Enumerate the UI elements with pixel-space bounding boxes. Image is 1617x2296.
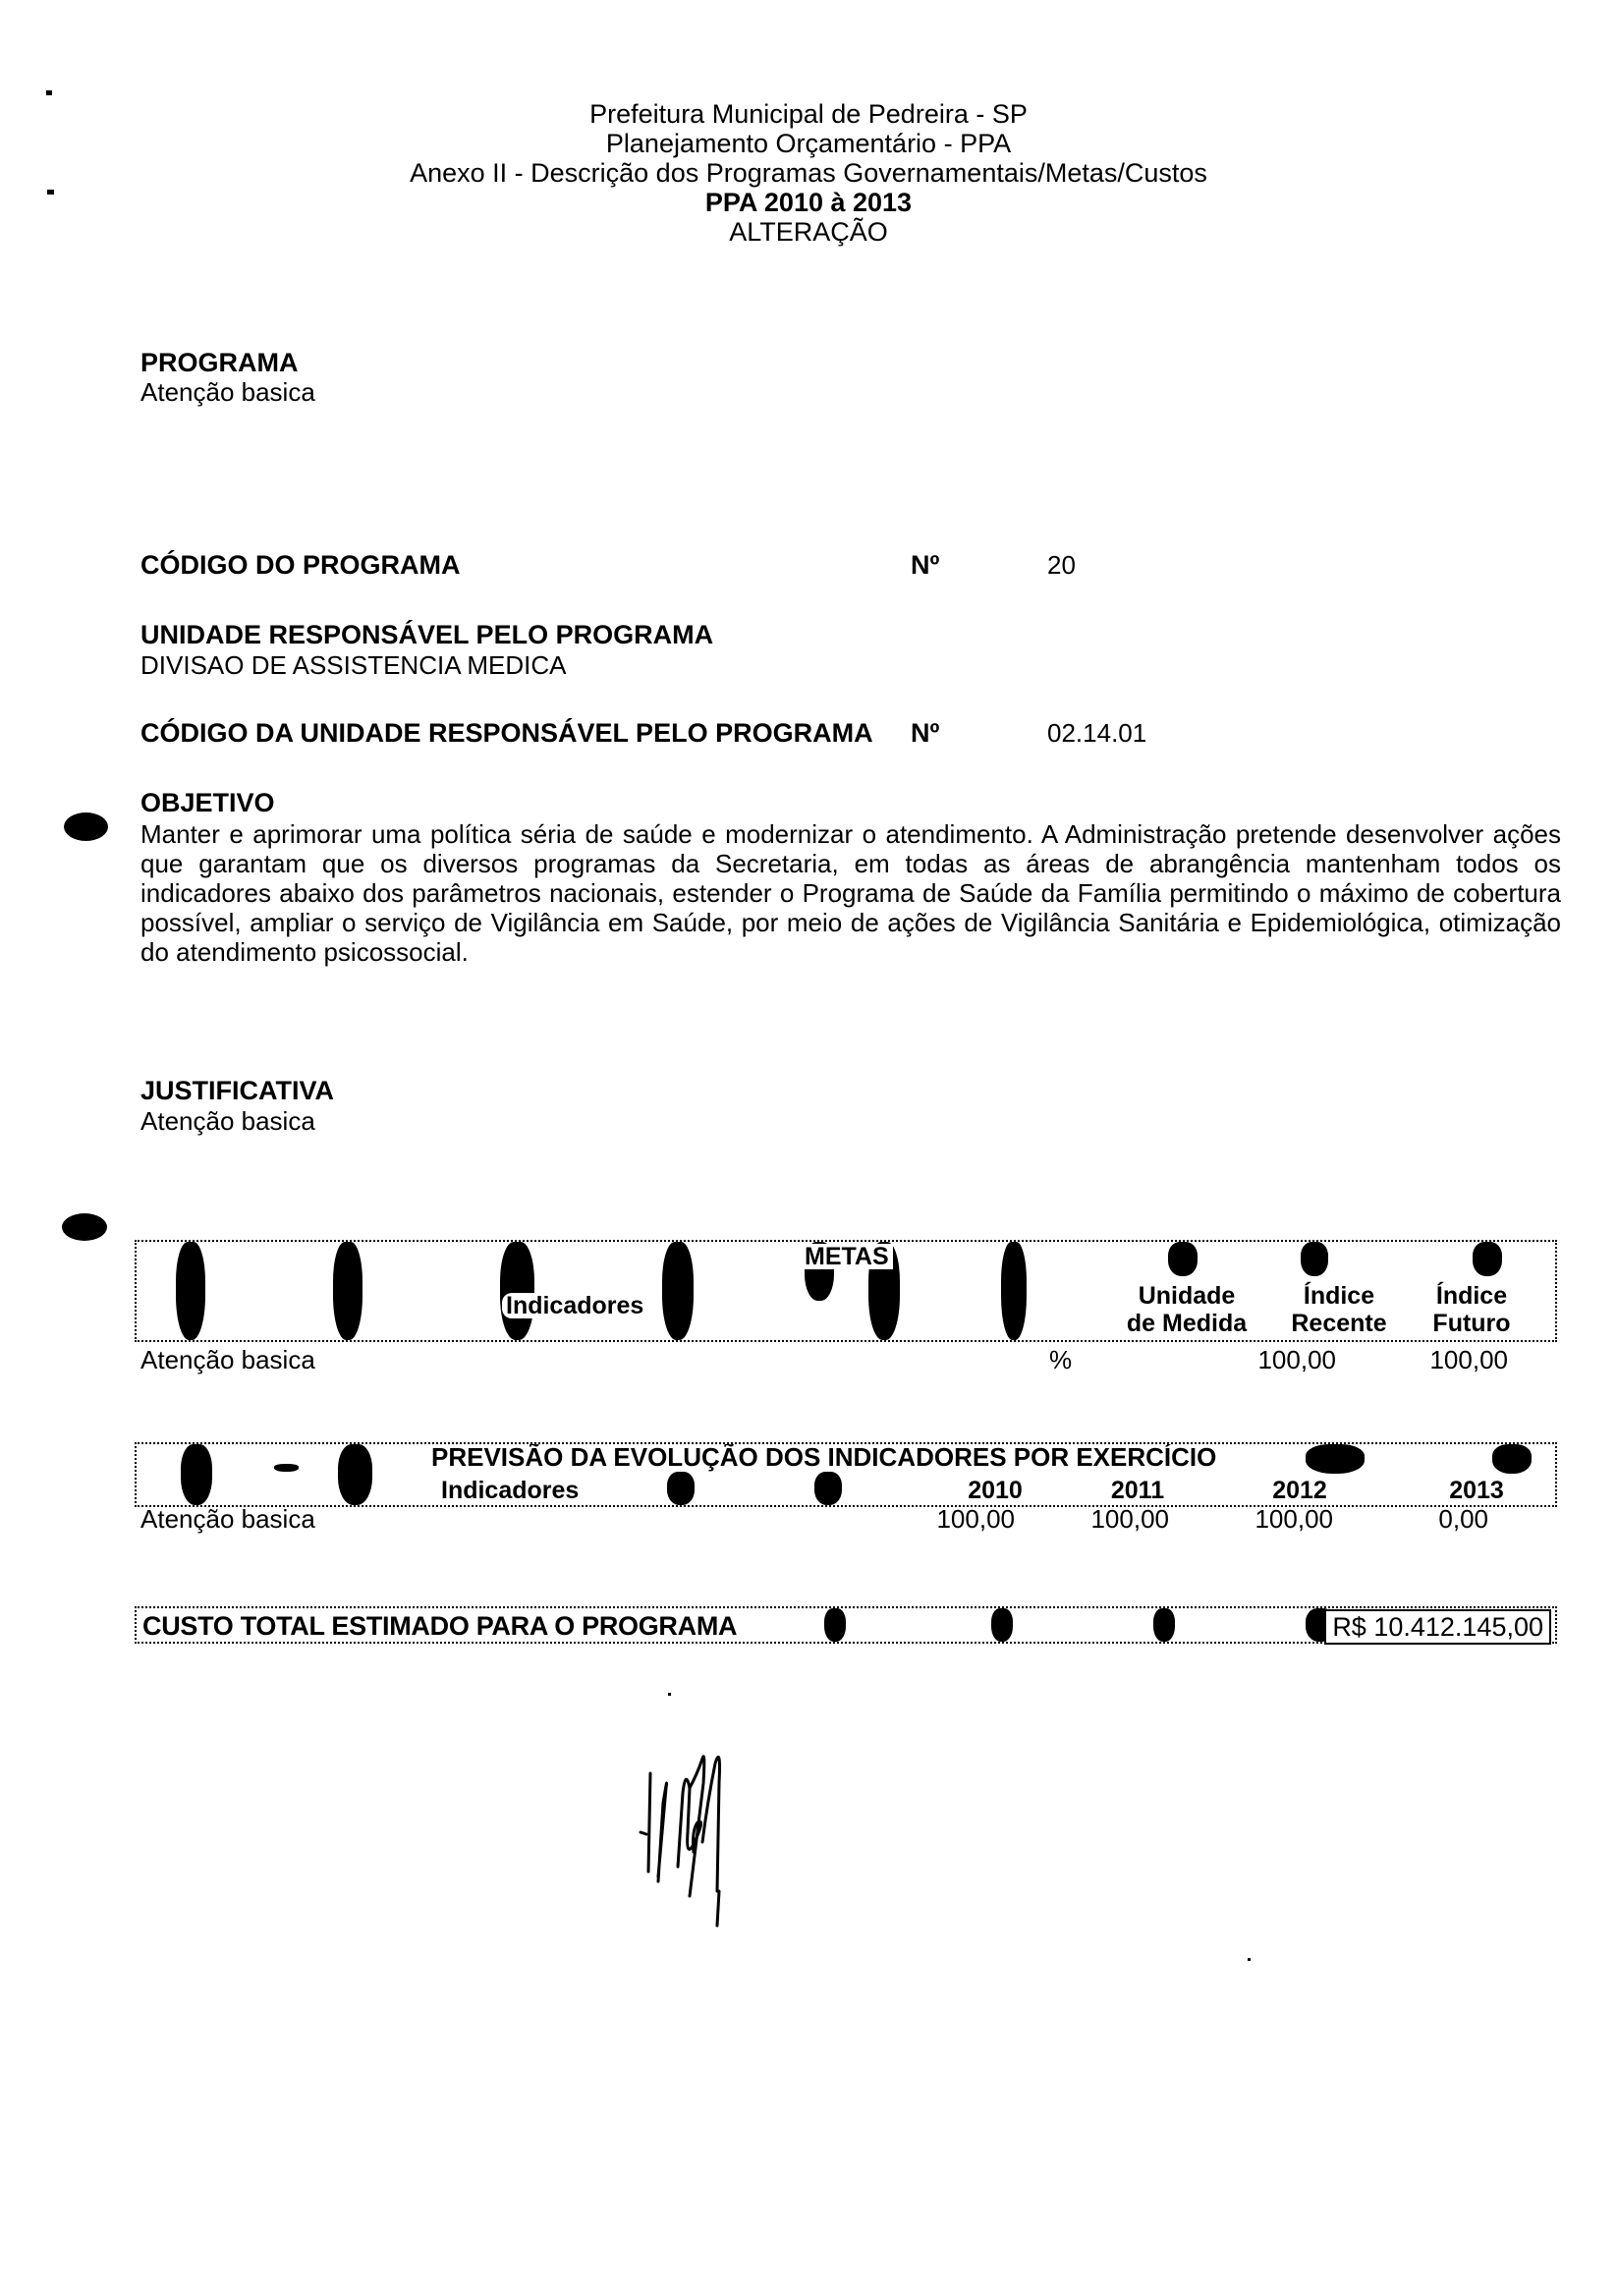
justificativa-label: JUSTIFICATIVA xyxy=(140,1076,334,1105)
unidade-responsavel-value: DIVISAO DE ASSISTENCIA MEDICA xyxy=(140,650,566,680)
previsao-col-indicadores: Indicadores xyxy=(437,1478,583,1503)
header-municipality: Prefeitura Municipal de Pedreira - SP xyxy=(0,99,1617,129)
codigo-programa-label: CÓDIGO DO PROGRAMA xyxy=(140,550,461,580)
previsao-row-2012: 100,00 xyxy=(1196,1504,1333,1534)
previsao-title: PREVISÃO DA EVOLUÇÃO DOS INDICADORES POR… xyxy=(427,1444,1220,1470)
metas-table-header: METAS Indicadores Unidade de Medida Índi… xyxy=(135,1240,1557,1342)
header-planning: Planejamento Orçamentário - PPA xyxy=(0,129,1617,158)
codigo-programa-value: 20 xyxy=(1047,550,1076,580)
justificativa-value: Atenção basica xyxy=(140,1106,315,1136)
codigo-unidade-value: 02.14.01 xyxy=(1047,718,1146,748)
header-status: ALTERAÇÃO xyxy=(0,217,1617,247)
header-annex: Anexo II - Descrição dos Programas Gover… xyxy=(0,158,1617,188)
previsao-col-2010: 2010 xyxy=(942,1478,1048,1503)
metas-row-futuro: 100,00 xyxy=(1370,1345,1508,1374)
metas-row-unidade: % xyxy=(1049,1345,1072,1374)
objetivo-text: Manter e aprimorar uma política séria de… xyxy=(140,819,1561,967)
scan-speck xyxy=(46,90,52,95)
scan-speck xyxy=(1248,1958,1251,1961)
metas-row-indicador: Atenção basica xyxy=(140,1345,315,1374)
signature xyxy=(629,1744,786,1940)
previsao-col-2011: 2011 xyxy=(1089,1478,1186,1503)
previsao-row-2010: 100,00 xyxy=(877,1504,1015,1534)
metas-col-futuro-line2: Futuro xyxy=(1419,1311,1525,1336)
metas-col-unidade-line2: de Medida xyxy=(1119,1311,1255,1336)
previsao-row-2013: 0,00 xyxy=(1351,1504,1488,1534)
metas-col-recente-line2: Recente xyxy=(1276,1311,1402,1336)
objetivo-label: OBJETIVO xyxy=(140,788,275,817)
unidade-responsavel-label: UNIDADE RESPONSÁVEL PELO PROGRAMA xyxy=(140,620,713,649)
metas-title: METAS xyxy=(801,1244,893,1269)
metas-col-recente-line1: Índice xyxy=(1276,1283,1402,1309)
metas-col-unidade-line1: Unidade xyxy=(1119,1283,1255,1309)
previsao-row-2011: 100,00 xyxy=(1032,1504,1169,1534)
programa-value: Atenção basica xyxy=(140,377,315,407)
custo-total-label: CUSTO TOTAL ESTIMADO PARA O PROGRAMA xyxy=(142,1610,737,1642)
previsao-col-2012: 2012 xyxy=(1256,1478,1343,1503)
previsao-col-2013: 2013 xyxy=(1423,1478,1530,1503)
punch-hole xyxy=(64,812,108,841)
programa-label: PROGRAMA xyxy=(140,348,299,377)
metas-col-futuro-line1: Índice xyxy=(1419,1283,1525,1309)
metas-row-recente: 100,00 xyxy=(1199,1345,1336,1374)
previsao-table-header: PREVISÃO DA EVOLUÇÃO DOS INDICADORES POR… xyxy=(135,1442,1557,1507)
metas-col-indicadores: Indicadores xyxy=(502,1293,647,1318)
codigo-unidade-no-label: Nº xyxy=(911,718,939,748)
previsao-row-indicador: Atenção basica xyxy=(140,1504,315,1534)
punch-hole xyxy=(62,1213,107,1241)
scan-speck xyxy=(668,1693,671,1696)
codigo-programa-no-label: Nº xyxy=(911,550,939,580)
custo-total-bar: CUSTO TOTAL ESTIMADO PARA O PROGRAMA R$ … xyxy=(135,1606,1557,1644)
codigo-unidade-label: CÓDIGO DA UNIDADE RESPONSÁVEL PELO PROGR… xyxy=(140,718,873,748)
header-period: PPA 2010 à 2013 xyxy=(0,188,1617,217)
custo-total-value: R$ 10.412.145,00 xyxy=(1324,1609,1551,1645)
